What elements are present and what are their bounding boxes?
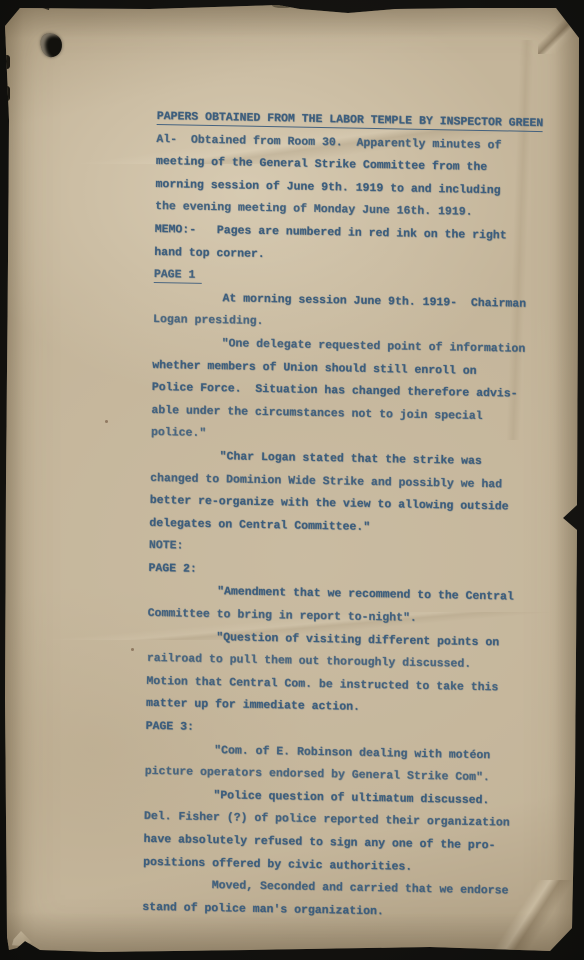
- left-edge-notch: [0, 55, 10, 69]
- top-edge-chip: [40, 0, 52, 10]
- paper-speck: [131, 648, 134, 651]
- left-edge-notch: [0, 86, 10, 101]
- paper-speck: [105, 420, 108, 423]
- scan-backdrop: PAPERS OBTAINED FROM THE LABOR TEMPLE BY…: [0, 0, 584, 960]
- edge-smudge: [272, 2, 294, 8]
- paper-sheet: PAPERS OBTAINED FROM THE LABOR TEMPLE BY…: [0, 0, 584, 960]
- bottom-left-curl: [12, 931, 32, 946]
- folded-corner-shadow: [538, 0, 584, 54]
- underlined-heading: PAGE 1: [154, 268, 203, 284]
- typed-text-block: PAPERS OBTAINED FROM THE LABOR TEMPLE BY…: [142, 106, 543, 926]
- left-edge-notch: [0, 106, 8, 116]
- punch-hole: [39, 31, 65, 59]
